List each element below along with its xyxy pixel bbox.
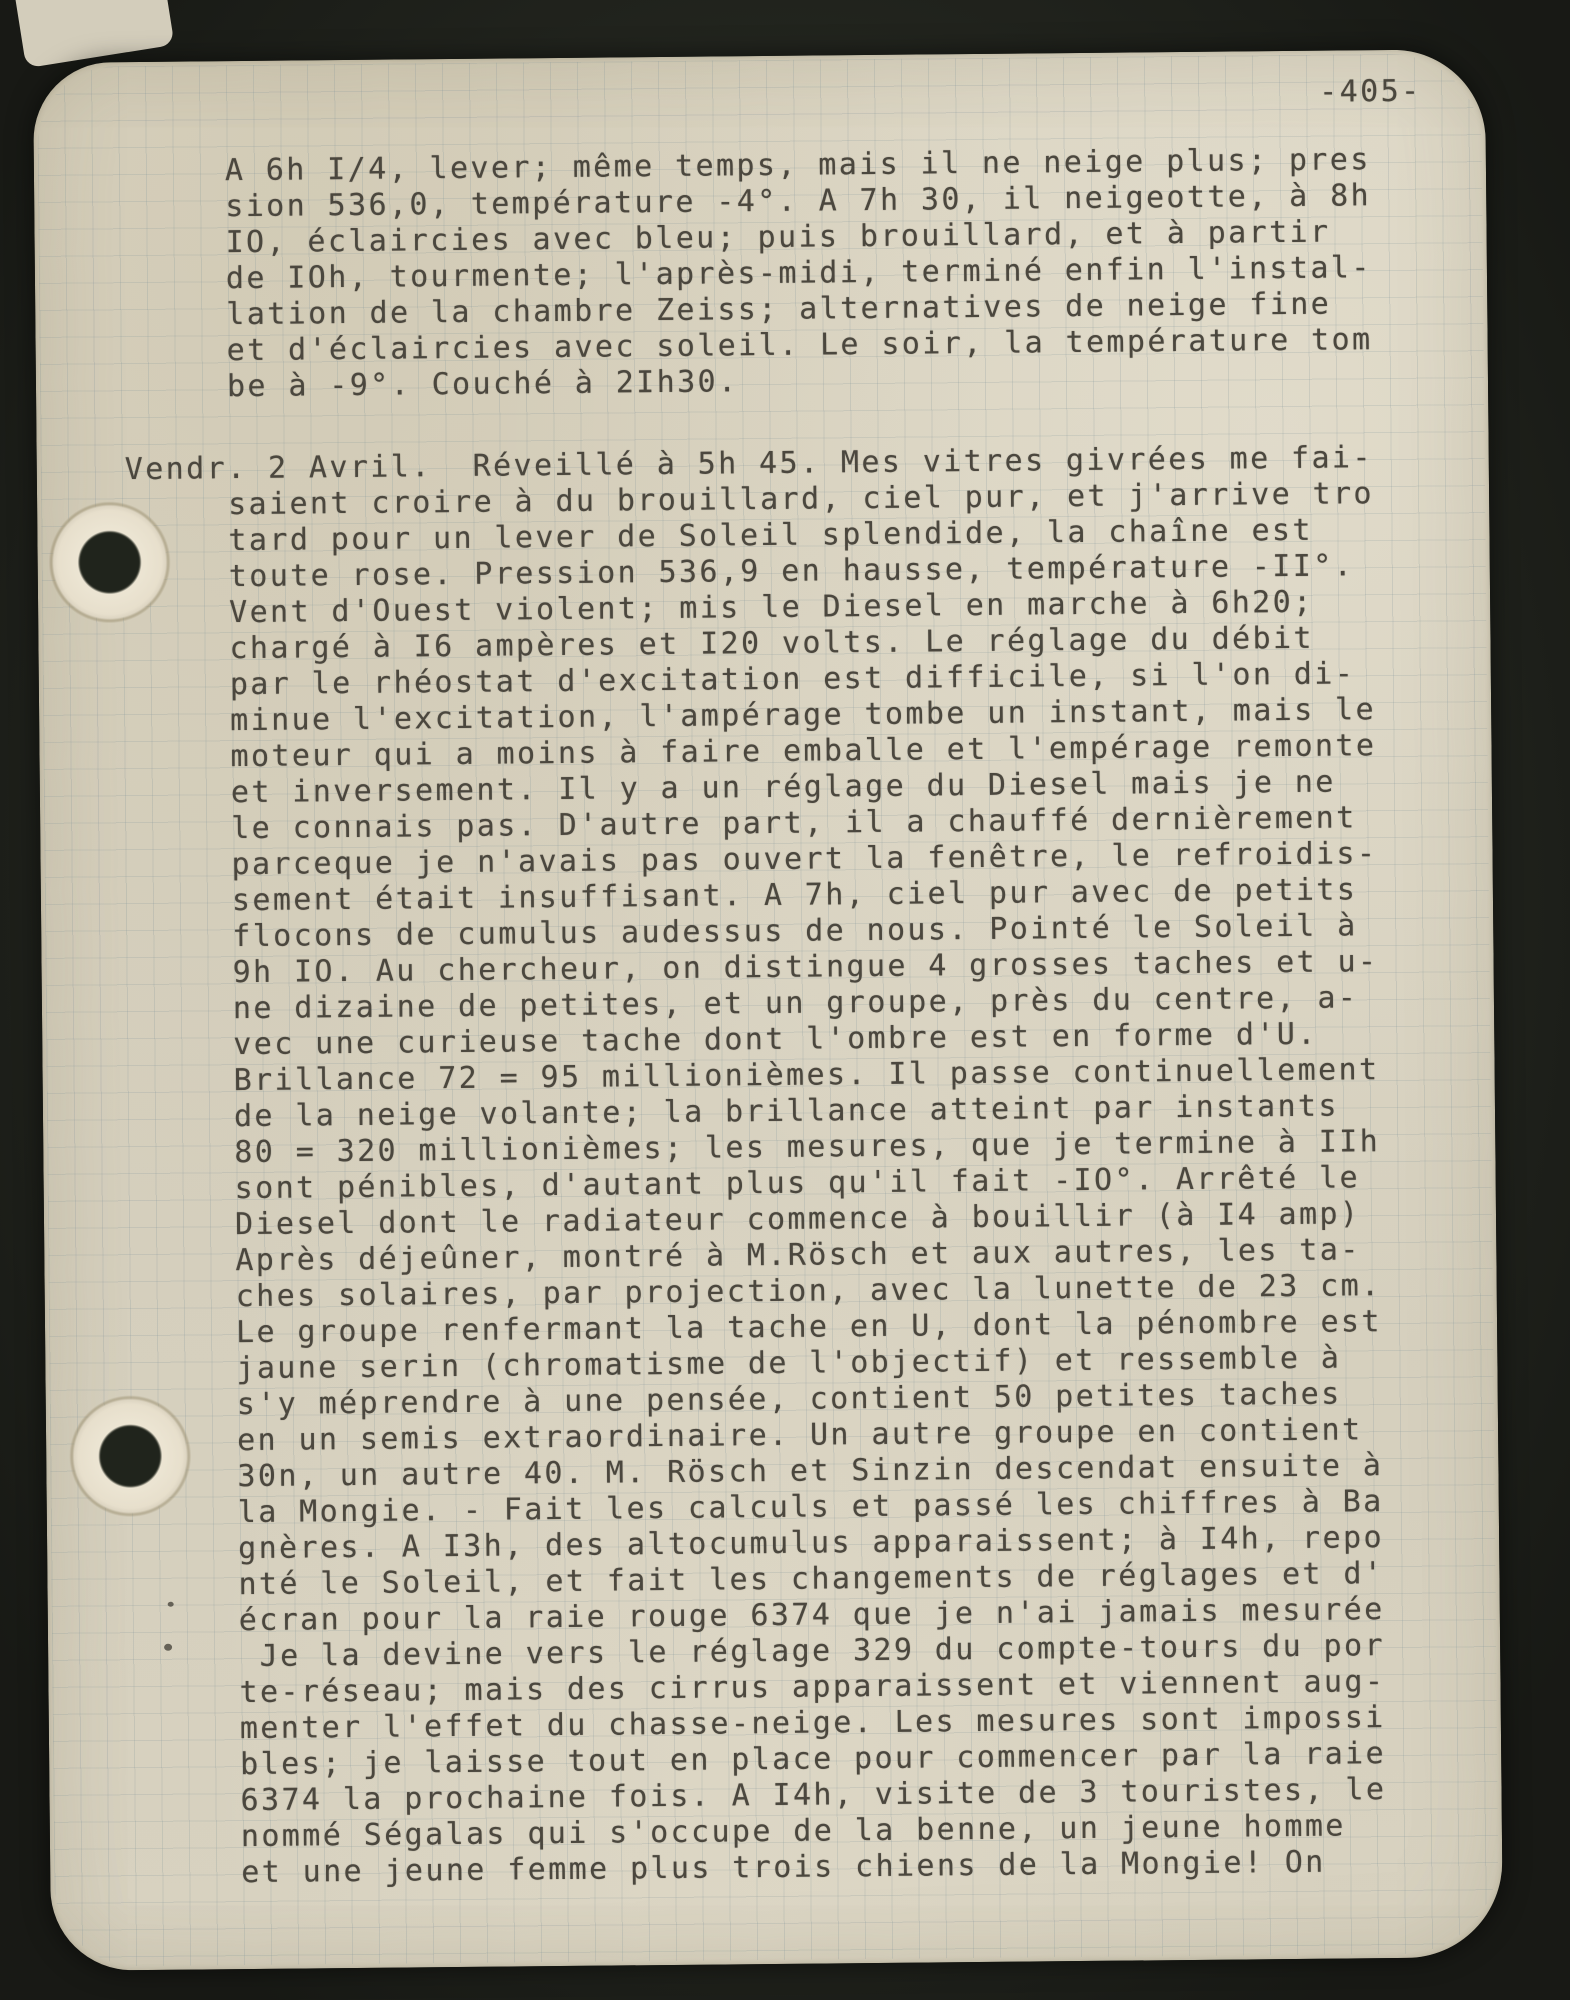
page-corner-artifact xyxy=(11,0,174,68)
page-number: -405- xyxy=(1319,74,1422,110)
document-paper: -405- A 6h I/4, lever; même temps, mais … xyxy=(33,49,1503,1971)
ink-speck xyxy=(164,1644,172,1651)
paragraph-continuation: A 6h I/4, lever; même temps, mais il ne … xyxy=(34,141,1488,407)
ink-speck xyxy=(168,1602,174,1607)
scanned-journal-page: -405- A 6h I/4, lever; même temps, mais … xyxy=(0,0,1570,2000)
journal-entry-2-avril: Vendr. 2 Avril. Réveillé à 5h 45. Mes vi… xyxy=(37,439,1503,1893)
